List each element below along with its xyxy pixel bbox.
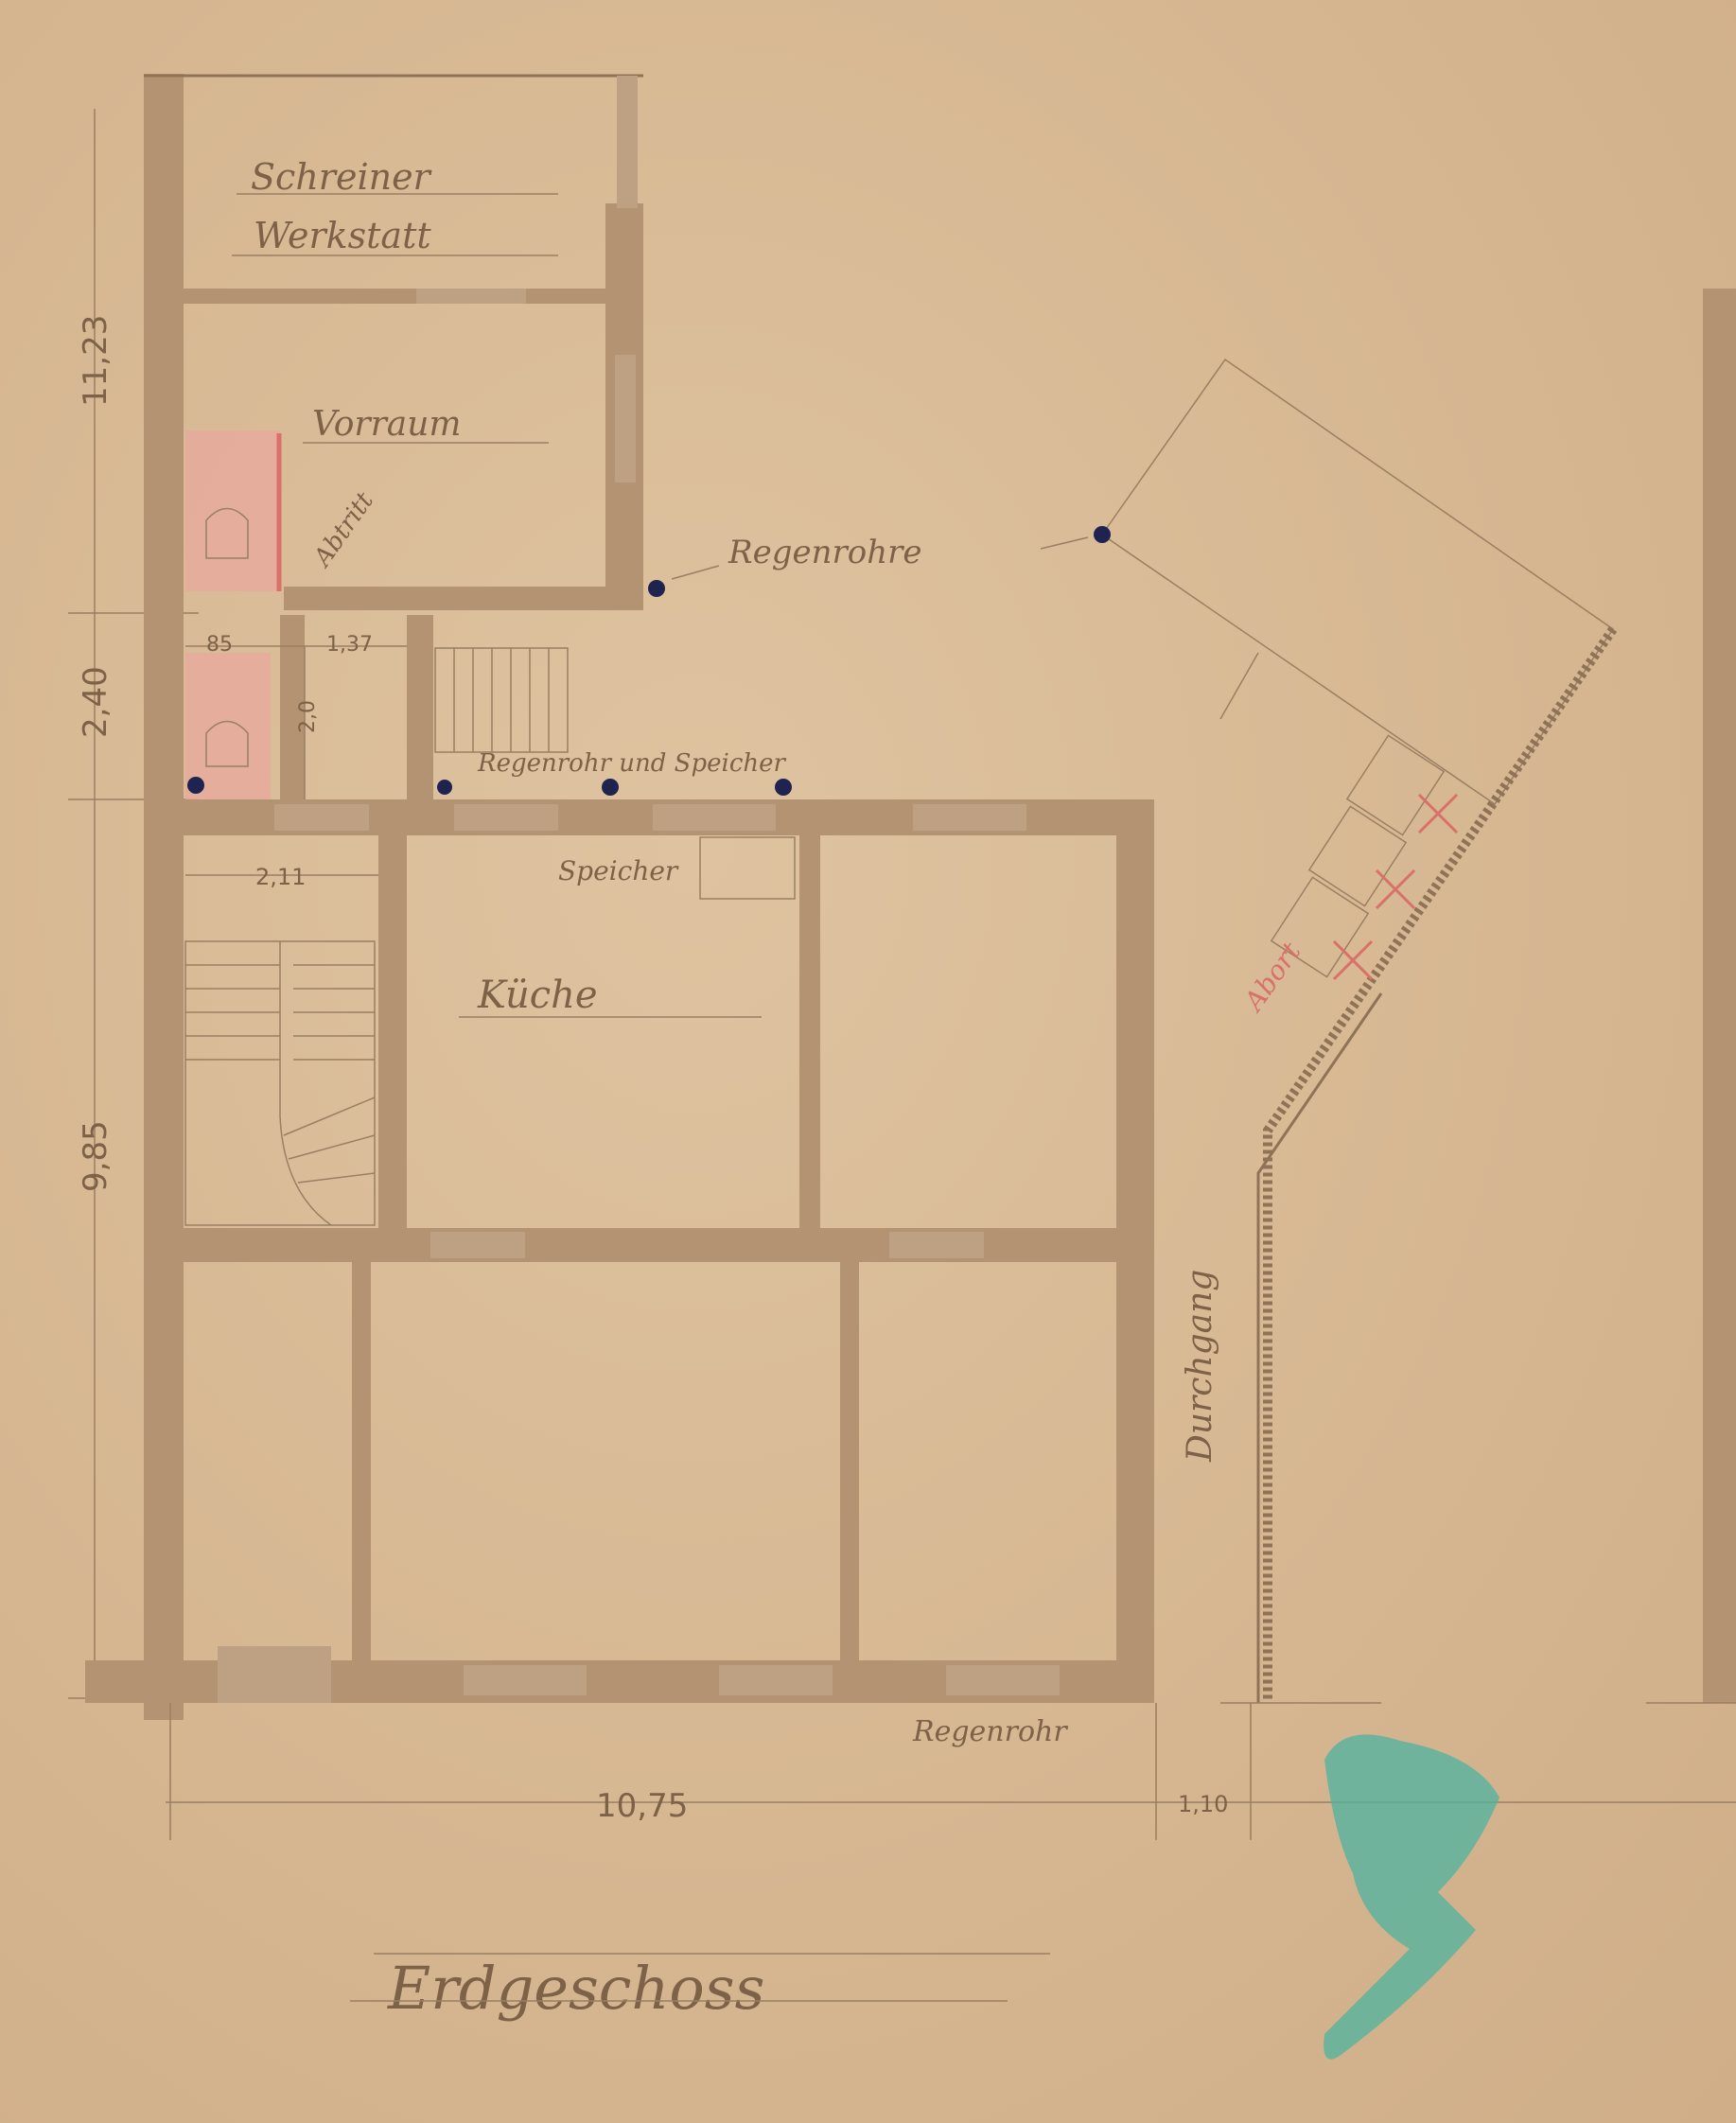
room-label-pantry: Speicher bbox=[558, 855, 679, 886]
downpipe-label-bottom: Regenrohr bbox=[912, 1715, 1068, 1748]
downpipe-label-middle: Regenrohr und Speicher bbox=[477, 749, 787, 778]
room-label-workshop-2: Werkstatt bbox=[254, 215, 431, 256]
dim-hall-width: 1,37 bbox=[326, 633, 373, 657]
main-building bbox=[85, 74, 1154, 1720]
red-annotation: Abort bbox=[1236, 936, 1307, 1018]
watercolor-mark bbox=[1324, 1734, 1499, 2059]
stair-upper bbox=[435, 648, 568, 752]
room-label-workshop-1: Schreiner bbox=[251, 156, 433, 198]
pantry-cabinet bbox=[700, 837, 795, 899]
stall-note: Abtritt bbox=[307, 487, 379, 573]
angled-outbuilding: Abort bbox=[1102, 360, 1613, 1703]
dim-left-middle: 2,40 bbox=[77, 666, 114, 738]
room-label-anteroom: Vorraum bbox=[312, 405, 462, 444]
floor-plan-drawing: 11,23 2,40 9,85 bbox=[0, 0, 1736, 2123]
downpipe-label-top: Regenrohre bbox=[728, 534, 922, 571]
room-label-kitchen: Küche bbox=[477, 974, 598, 1017]
dim-bottom-side: 1,10 bbox=[1178, 1791, 1228, 1817]
plan-sheet: 11,23 2,40 9,85 bbox=[0, 0, 1736, 2123]
dim-left-bottom: 9,85 bbox=[77, 1120, 114, 1192]
neighbour-wall bbox=[1703, 289, 1736, 1703]
dim-hall-depth: 2,0 bbox=[296, 700, 320, 733]
dim-stair-hall-width: 2,11 bbox=[255, 864, 306, 890]
stair-lower bbox=[185, 941, 375, 1225]
dim-chimney-width: 85 bbox=[206, 633, 233, 657]
passage-label: Durchgang bbox=[1181, 1270, 1219, 1463]
drawing-title: Erdgeschoss bbox=[387, 1954, 764, 2023]
chimney-upper bbox=[185, 430, 280, 591]
dim-left-top: 11,23 bbox=[77, 315, 114, 407]
dim-bottom-main: 10,75 bbox=[596, 1787, 688, 1825]
